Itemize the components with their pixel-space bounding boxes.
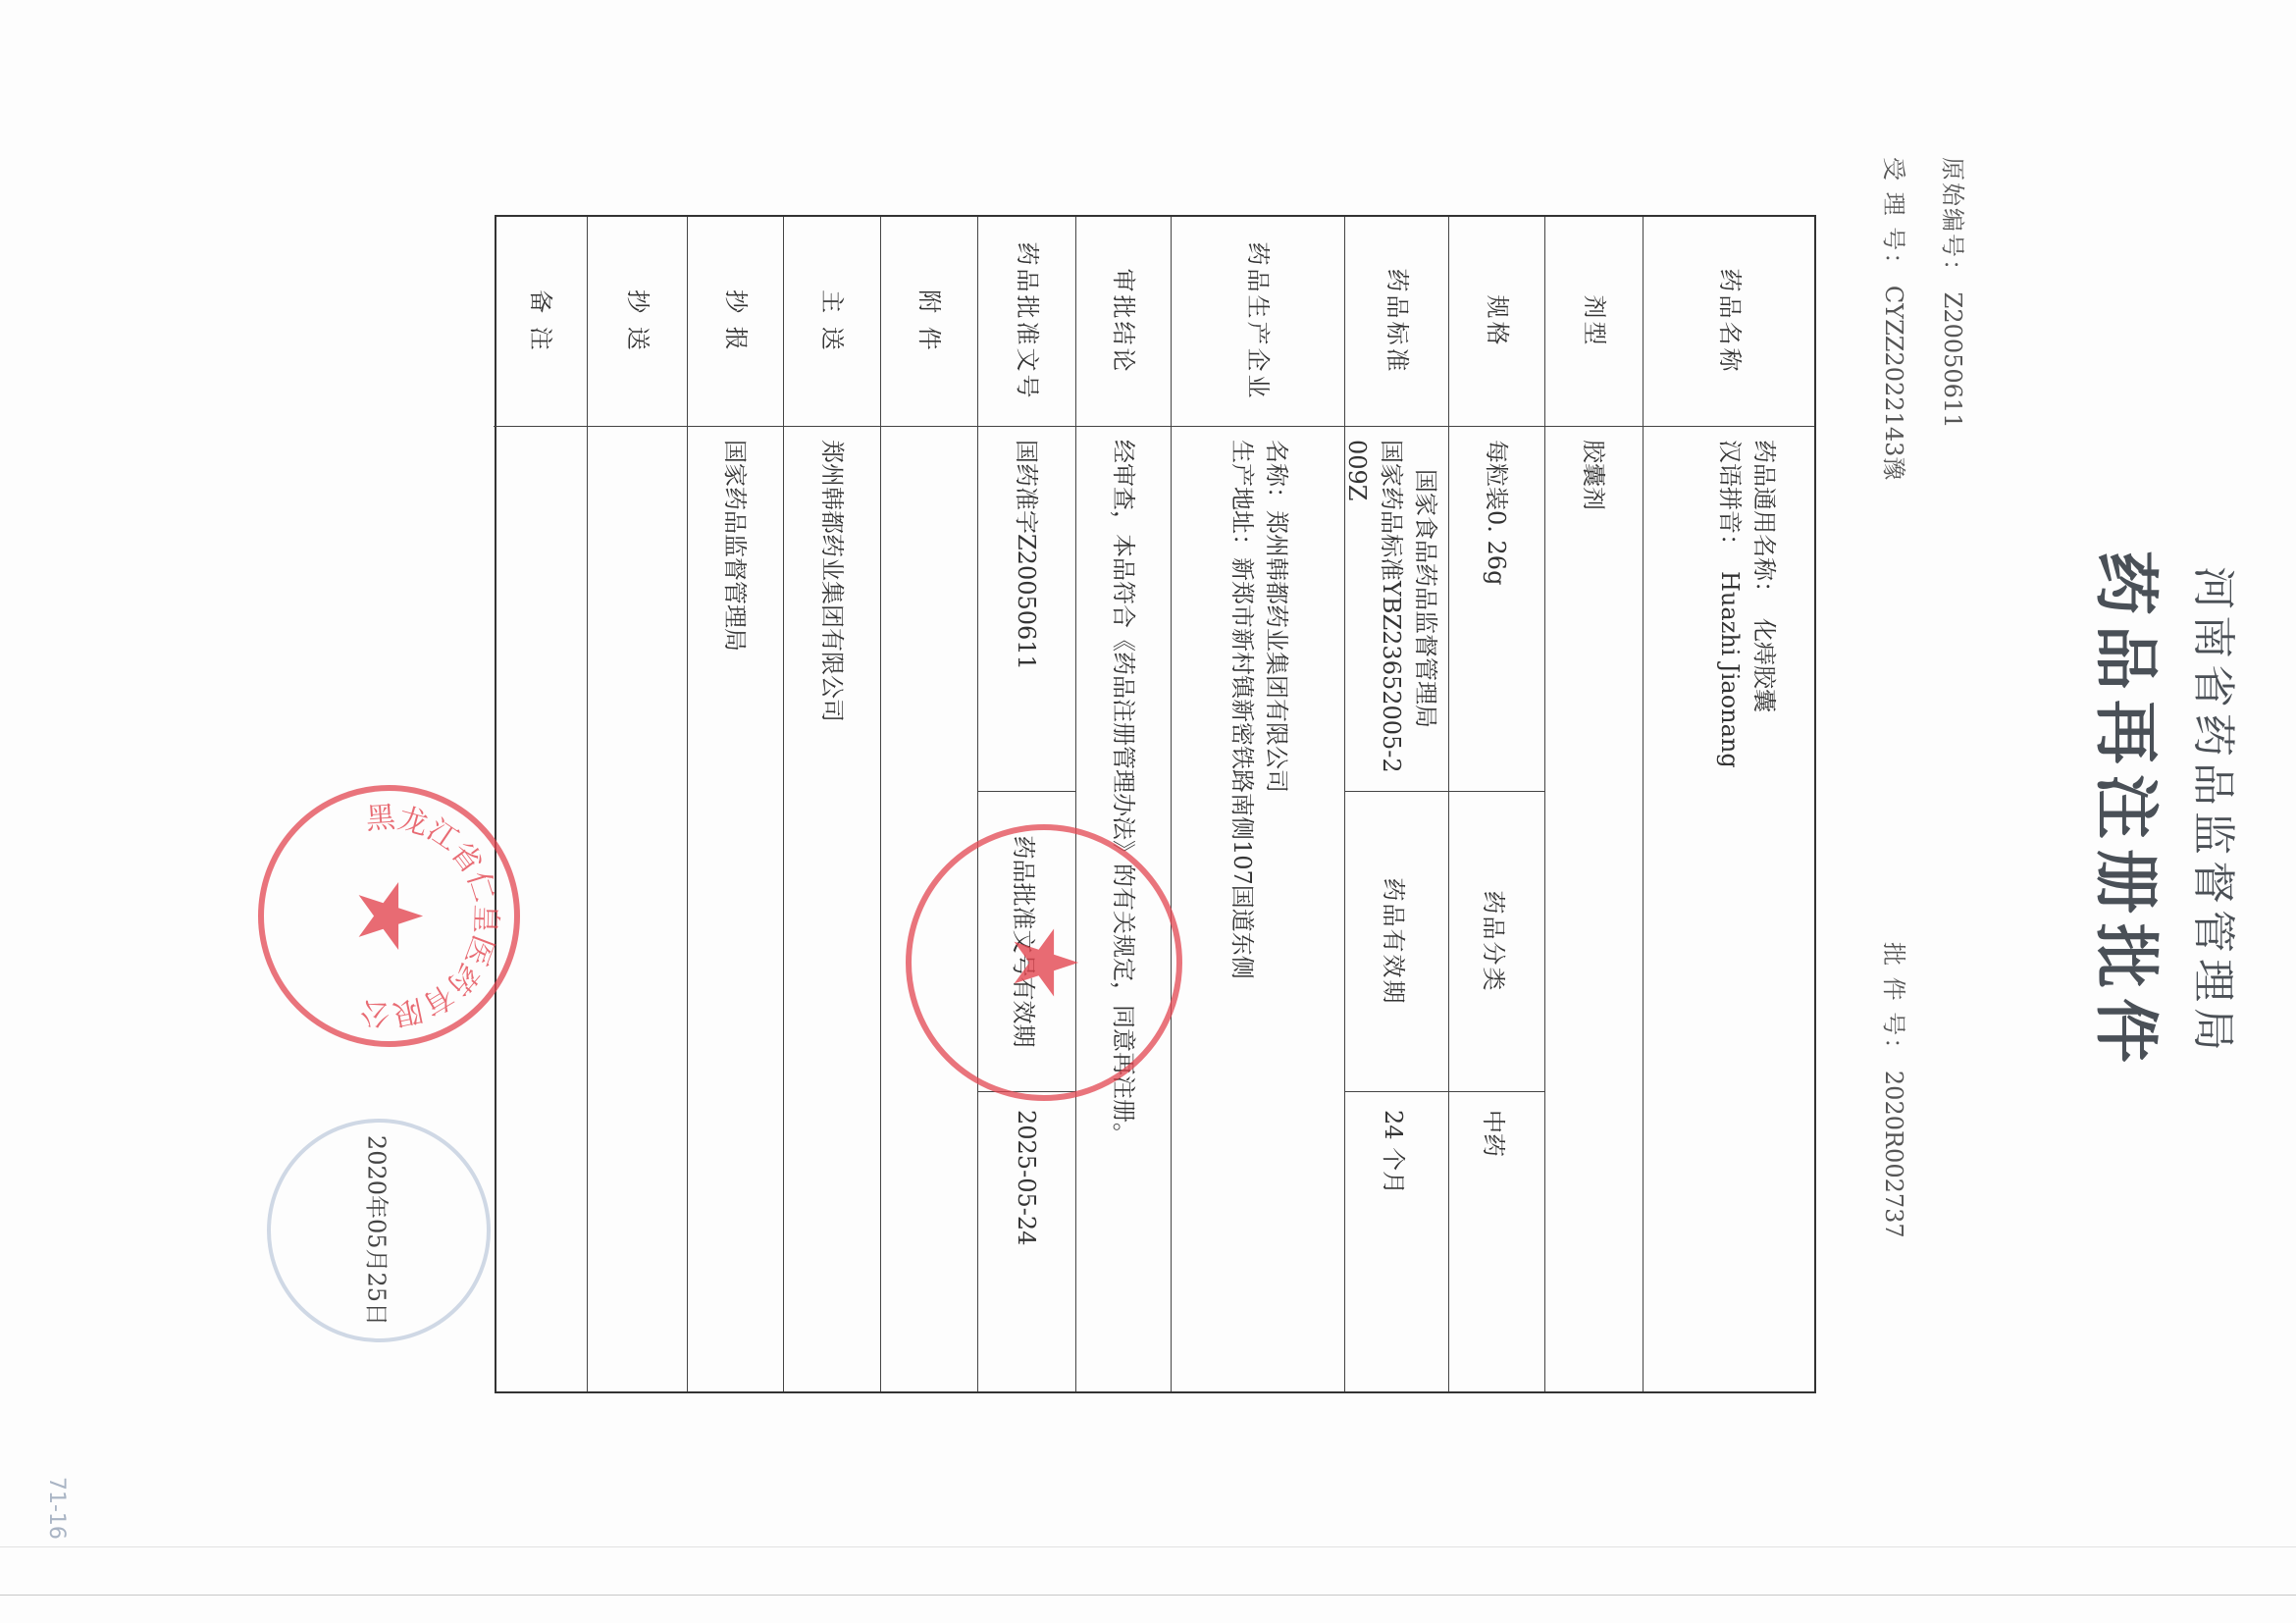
approval-number-value: 2020R002737 [1880, 1071, 1907, 1238]
specification-label: 规格 [1448, 217, 1544, 427]
standard-value: 国家食品药品监督管理局 国家药品标准YBZ23652005-2009Z [1344, 426, 1448, 787]
svg-text:黑龙江省仁皇医药有限公司: 黑龙江省仁皇医药有限公司 [358, 791, 514, 1031]
report-to-value: 国家药品监督管理局 [687, 426, 783, 1391]
manufacturer-label: 药品生产企业 [1171, 217, 1344, 427]
official-date-seal: 2020年05月25日 [267, 1119, 491, 1342]
original-number-value: Z20050611 [1939, 292, 1966, 429]
acceptance-number: 受 理 号： CYZZ2022143豫 [1879, 157, 1913, 480]
issuing-agency: 河南省药品监督管理局 [2186, 0, 2249, 1623]
row-standard: 药品标准 国家食品药品监督管理局 国家药品标准YBZ23652005-2009Z… [1344, 217, 1449, 1391]
red-seal: ★ 黑龙江省仁皇医药有限公司 [258, 785, 520, 1047]
approval-validity-value: 2025-05-24 [977, 1091, 1075, 1391]
registration-table: 药品名称 药品通用名称：化痔胶囊 汉语拼音：Huazhi Jiaonang 剂型… [495, 215, 1816, 1393]
company-seal: ★ [906, 824, 1182, 1101]
standard-issuer: 国家食品药品监督管理局 [1408, 440, 1442, 773]
approval-number: 批 件 号： 2020R002737 [1879, 942, 1913, 1238]
row-conclusion: 审批结论 经审查，本品符合《药品注册管理办法》的有关规定，同意再注册。 [1075, 217, 1172, 1391]
drug-name-value: 药品通用名称：化痔胶囊 汉语拼音：Huazhi Jiaonang [1644, 426, 1814, 1391]
manufacturer-address-label: 生产地址： [1228, 440, 1256, 557]
scan-edge-line [0, 1546, 2296, 1547]
report-to-label: 抄 报 [687, 217, 783, 427]
standard-label: 药品标准 [1344, 217, 1448, 427]
pinyin: Huazhi Jiaonang [1716, 571, 1744, 768]
star-icon: ★ [1000, 923, 1088, 1003]
row-report-to: 抄 报 国家药品监督管理局 [687, 217, 784, 1391]
remarks-label: 备 注 [494, 217, 587, 427]
cc-label: 抄 送 [587, 217, 687, 427]
manufacturer-name: 郑州韩都药业集团有限公司 [1263, 510, 1290, 793]
conclusion-label: 审批结论 [1075, 217, 1171, 427]
seal-text-ring: 黑龙江省仁皇医药有限公司 [264, 791, 514, 1041]
acceptance-number-value: CYZZ2022143豫 [1880, 286, 1907, 480]
document-page: 河南省药品监督管理局 药品再注册批件 原始编号： Z20050611 受 理 号… [0, 0, 2296, 1623]
manufacturer-name-label: 名称： [1263, 440, 1290, 510]
seal-date: 2020年05月25日 [362, 1135, 396, 1326]
attachment-label: 附 件 [880, 217, 977, 427]
manufacturer-address: 新郑市新村镇新密铁路南侧107国道东侧 [1228, 557, 1256, 979]
specification-value: 每粒装0. 26g [1448, 426, 1544, 787]
cc-value [587, 426, 687, 1391]
scan-edge-line [0, 1595, 2296, 1596]
document-title: 药品再注册批件 [2085, 0, 2178, 1623]
pinyin-label: 汉语拼音： [1716, 440, 1744, 557]
approval-number-label: 批 件 号： [1880, 942, 1907, 1063]
category-label: 药品分类 [1448, 791, 1544, 1091]
acceptance-number-label: 受 理 号： [1880, 157, 1907, 278]
handwritten-page-mark: 71-16 [44, 1477, 69, 1540]
generic-name-label: 药品通用名称： [1750, 440, 1778, 604]
row-dosage-form: 剂型 胶囊剂 [1544, 217, 1644, 1391]
approval-number-label: 药品批准文号 [977, 217, 1075, 427]
original-number: 原始编号： Z20050611 [1938, 157, 1972, 428]
dosage-form-label: 剂型 [1544, 217, 1643, 427]
generic-name: 化痔胶囊 [1750, 618, 1778, 712]
row-main-recipient: 主 送 郑州韩都药业集团有限公司 [783, 217, 881, 1391]
row-drug-name: 药品名称 药品通用名称：化痔胶囊 汉语拼音：Huazhi Jiaonang [1644, 217, 1814, 1391]
original-number-label: 原始编号： [1939, 157, 1966, 285]
dosage-form-value: 胶囊剂 [1544, 426, 1643, 1391]
row-approval-number: 药品批准文号 国药准字Z20050611 药品批准文号有效期 2025-05-2… [977, 217, 1076, 1391]
drug-name-label: 药品名称 [1644, 217, 1814, 427]
main-recipient-value: 郑州韩都药业集团有限公司 [783, 426, 880, 1391]
standard-code: 国家药品标准YBZ23652005-2009Z [1340, 440, 1409, 773]
validity-value: 24 个月 [1344, 1091, 1448, 1391]
approval-number-value: 国药准字Z20050611 [977, 426, 1075, 787]
row-specification: 规格 每粒装0. 26g 药品分类 中药 [1448, 217, 1545, 1391]
row-cc: 抄 送 [587, 217, 688, 1391]
manufacturer-value: 名称：郑州韩都药业集团有限公司 生产地址：新郑市新村镇新密铁路南侧107国道东侧 [1171, 426, 1344, 1391]
validity-label: 药品有效期 [1344, 791, 1448, 1091]
category-value: 中药 [1448, 1091, 1544, 1391]
main-recipient-label: 主 送 [783, 217, 880, 427]
row-attachment: 附 件 [880, 217, 978, 1391]
row-manufacturer: 药品生产企业 名称：郑州韩都药业集团有限公司 生产地址：新郑市新村镇新密铁路南侧… [1171, 217, 1345, 1391]
